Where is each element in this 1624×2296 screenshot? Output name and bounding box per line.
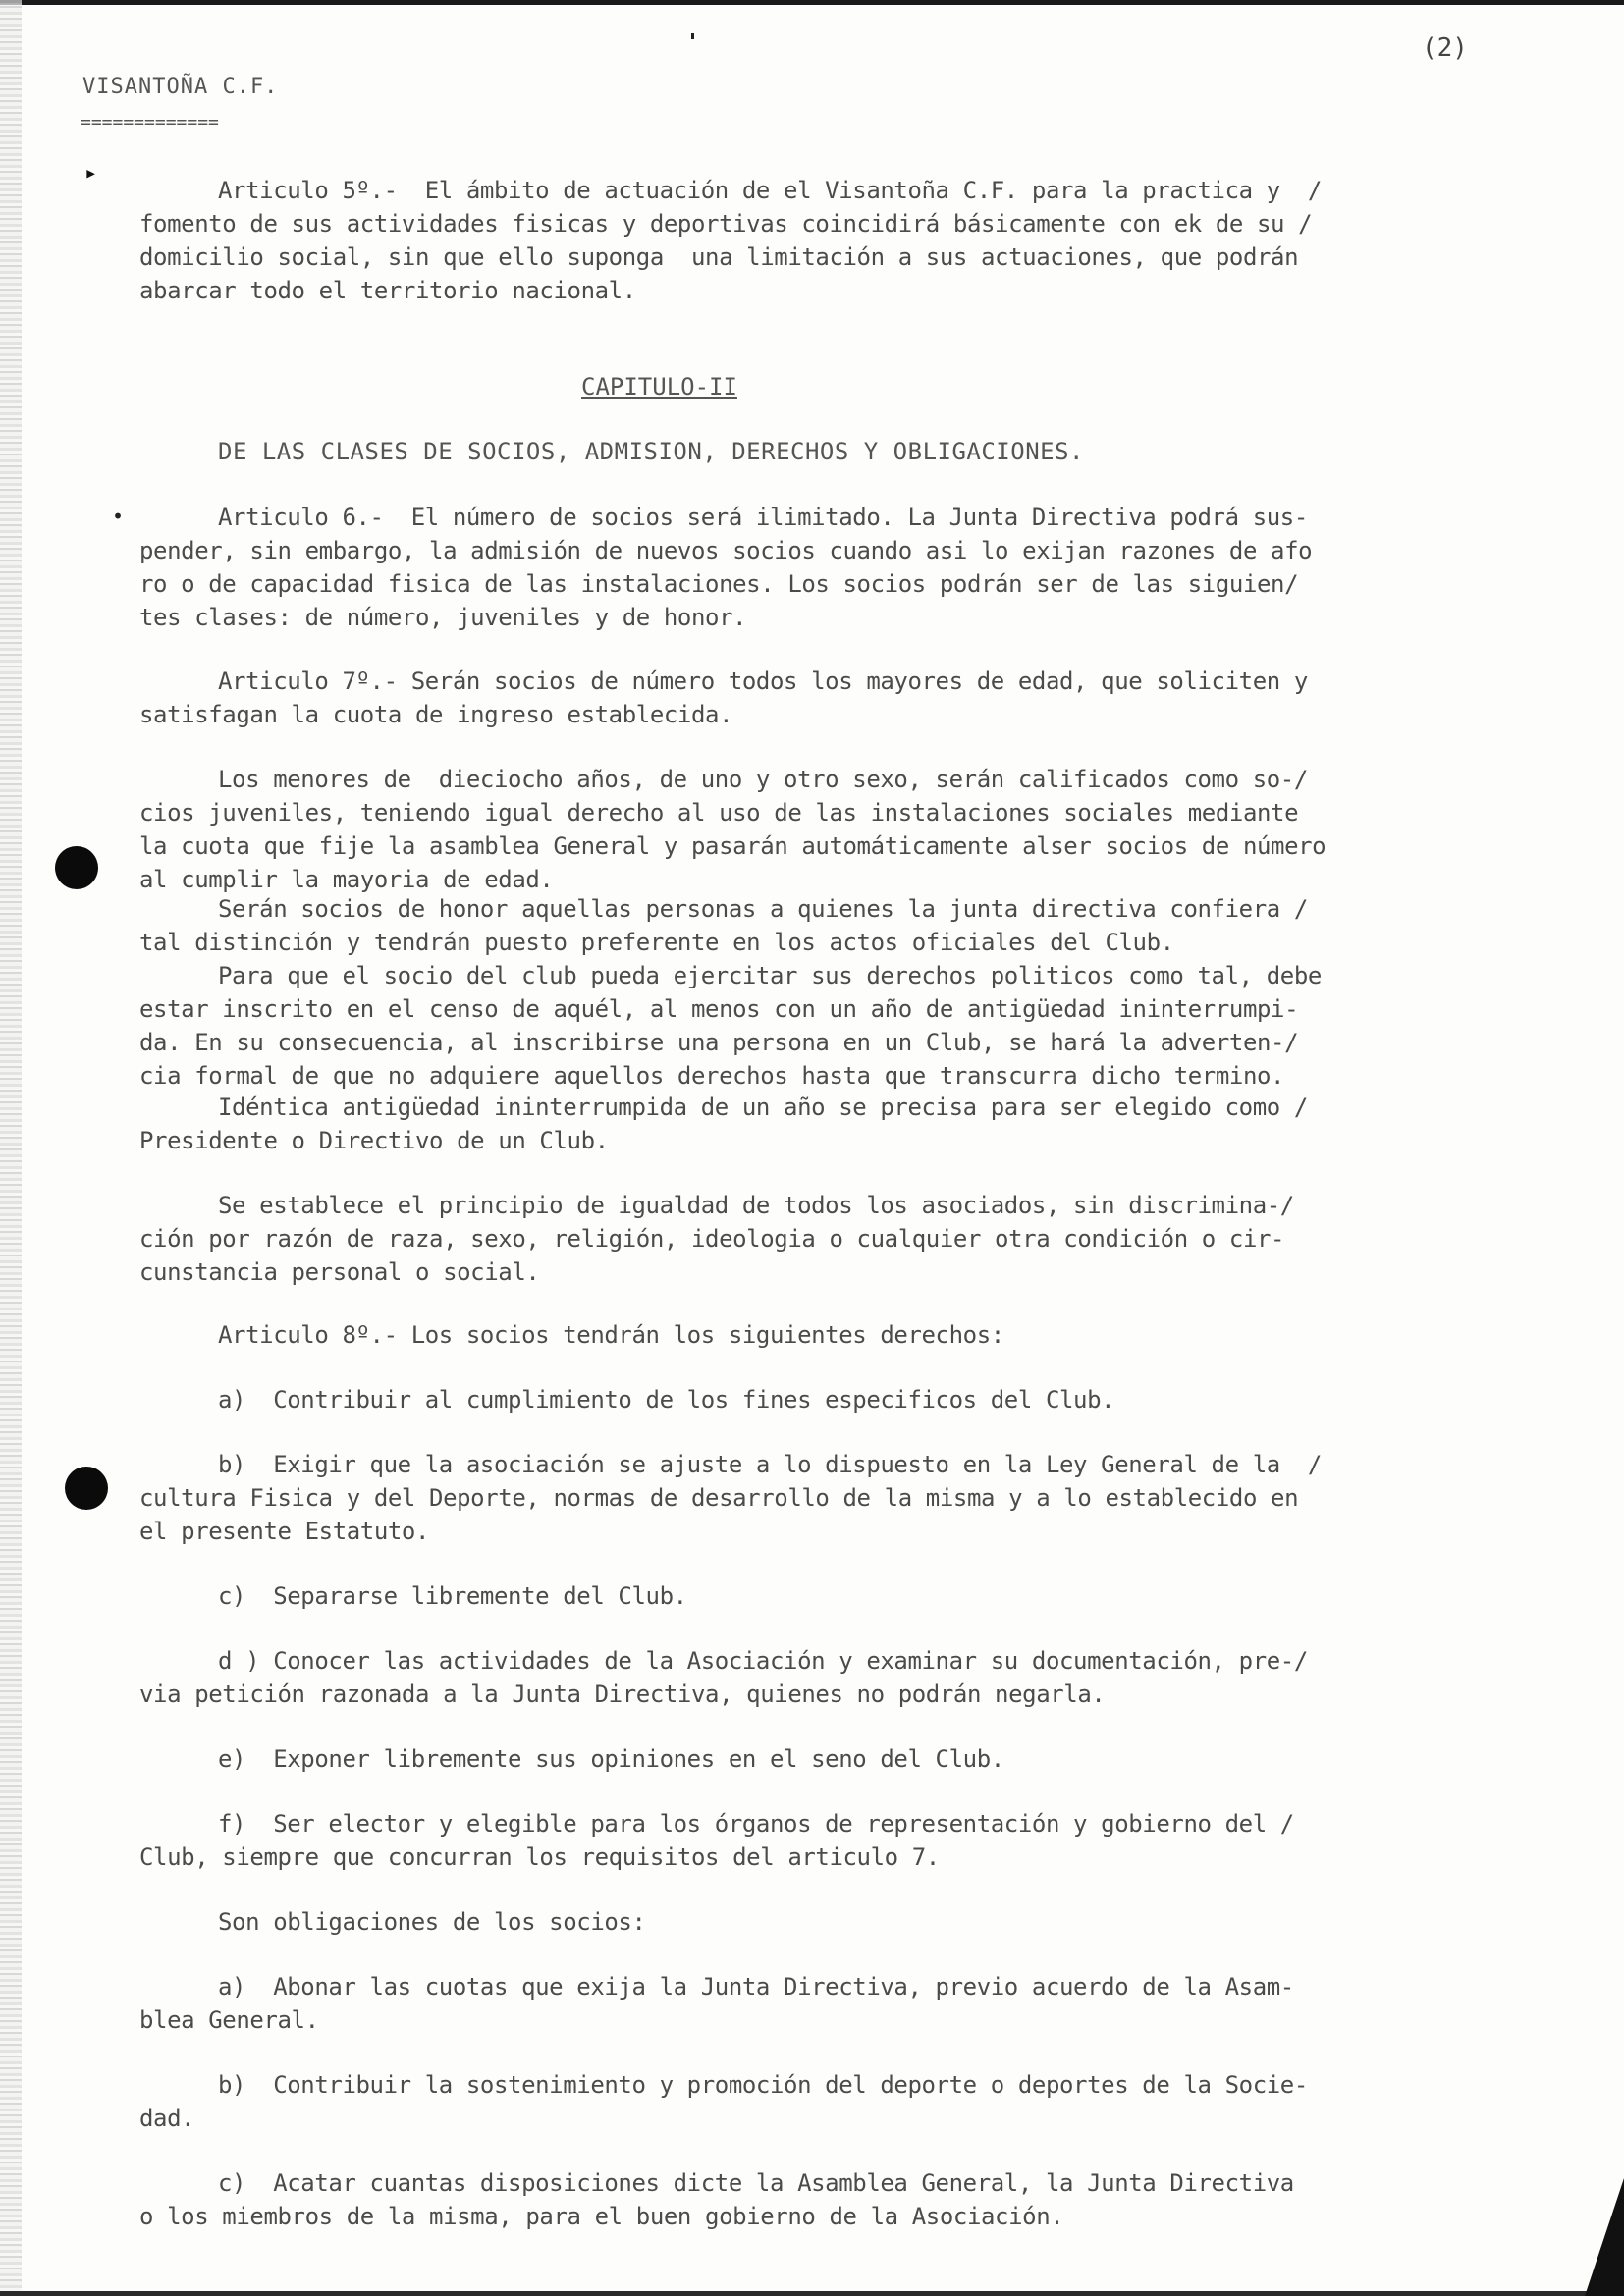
scan-corner-fold	[1585, 2178, 1624, 2296]
chapter-subtitle: DE LAS CLASES DE SOCIOS, ADMISION, DEREC…	[218, 438, 1084, 465]
bullet-icon: •	[112, 505, 124, 528]
text-line: cunstancia personal o social.	[139, 1258, 539, 1286]
text-line: Idéntica antigüedad ininterrumpida de un…	[218, 1094, 1308, 1121]
text-line: estar inscrito en el censo de aquél, al …	[139, 995, 1298, 1023]
text-line: Para que el socio del club pueda ejercit…	[218, 962, 1322, 989]
chapter-title: CAPITULO-II	[581, 373, 737, 400]
text-line: cultura Fisica y del Deporte, normas de …	[139, 1484, 1298, 1512]
text-line: tes clases: de número, juveniles y de ho…	[139, 604, 746, 631]
text-line: fomento de sus actividades fisicas y dep…	[139, 210, 1312, 238]
text-line: Se establece el principio de igualdad de…	[218, 1192, 1294, 1219]
right-item: b) Exigir que la asociación se ajuste a …	[218, 1451, 1322, 1478]
text-line: ción por razón de raza, sexo, religión, …	[139, 1225, 1284, 1253]
text-line: da. En su consecuencia, al inscribirse u…	[139, 1029, 1298, 1056]
text-line: abarcar todo el territorio nacional.	[139, 277, 636, 304]
scan-top-border	[0, 0, 1624, 5]
text-line: domicilio social, sin que ello suponga u…	[139, 243, 1298, 271]
text-line: satisfagan la cuota de ingreso estableci…	[139, 701, 732, 728]
text-line: Articulo 5º.- El ámbito de actuación de …	[218, 177, 1322, 204]
right-item: a) Contribuir al cumplimiento de los fin…	[218, 1386, 1114, 1414]
text-line: Presidente o Directivo de un Club.	[139, 1127, 609, 1154]
text-line: o los miembros de la misma, para el buen…	[139, 2203, 1063, 2230]
stray-mark	[691, 33, 694, 39]
text-line: tal distinción y tendrán puesto preferen…	[139, 929, 1174, 956]
club-header-underline: =============	[81, 112, 219, 133]
text-line: pender, sin embargo, la admisión de nuev…	[139, 537, 1312, 564]
punch-hole-bottom	[65, 1467, 108, 1510]
right-item: d ) Conocer las actividades de la Asocia…	[218, 1647, 1308, 1675]
obligations-intro: Son obligaciones de los socios:	[218, 1908, 646, 1936]
text-line: via petición razonada a la Junta Directi…	[139, 1681, 1105, 1708]
punch-hole-top	[55, 846, 98, 889]
text-line: Articulo 7º.- Serán socios de número tod…	[218, 667, 1308, 695]
text-line: cios juveniles, teniendo igual derecho a…	[139, 799, 1298, 827]
obligation-item: a) Abonar las cuotas que exija la Junta …	[218, 1973, 1294, 2001]
scan-left-edge	[0, 0, 22, 2296]
right-item: f) Ser elector y elegible para los órgan…	[218, 1810, 1294, 1838]
text-line: blea General.	[139, 2006, 319, 2034]
text-line: ro o de capacidad fisica de las instalac…	[139, 570, 1298, 598]
club-header: VISANTOÑA C.F.	[82, 75, 278, 99]
text-line: Articulo 6.- El número de socios será il…	[218, 504, 1308, 531]
obligation-item: b) Contribuir la sostenimiento y promoci…	[218, 2071, 1308, 2099]
right-item: e) Exponer libremente sus opiniones en e…	[218, 1745, 1004, 1773]
text-line: al cumplir la mayoria de edad.	[139, 866, 553, 893]
page-number: (2)	[1422, 33, 1468, 63]
text-line: Serán socios de honor aquellas personas …	[218, 895, 1308, 923]
text-line: la cuota que fije la asamblea General y …	[139, 832, 1326, 860]
right-item: c) Separarse libremente del Club.	[218, 1582, 687, 1610]
text-line: cia formal de que no adquiere aquellos d…	[139, 1062, 1284, 1090]
text-line: el presente Estatuto.	[139, 1518, 429, 1545]
text-line: dad.	[139, 2105, 194, 2132]
text-line: Los menores de dieciocho años, de uno y …	[218, 766, 1308, 793]
text-line: Articulo 8º.- Los socios tendrán los sig…	[218, 1321, 1004, 1349]
obligation-item: c) Acatar cuantas disposiciones dicte la…	[218, 2169, 1294, 2197]
arrow-mark-icon: ▸	[84, 161, 97, 186]
text-line: Club, siempre que concurran los requisit…	[139, 1843, 940, 1871]
scan-bottom-border	[0, 2291, 1624, 2296]
